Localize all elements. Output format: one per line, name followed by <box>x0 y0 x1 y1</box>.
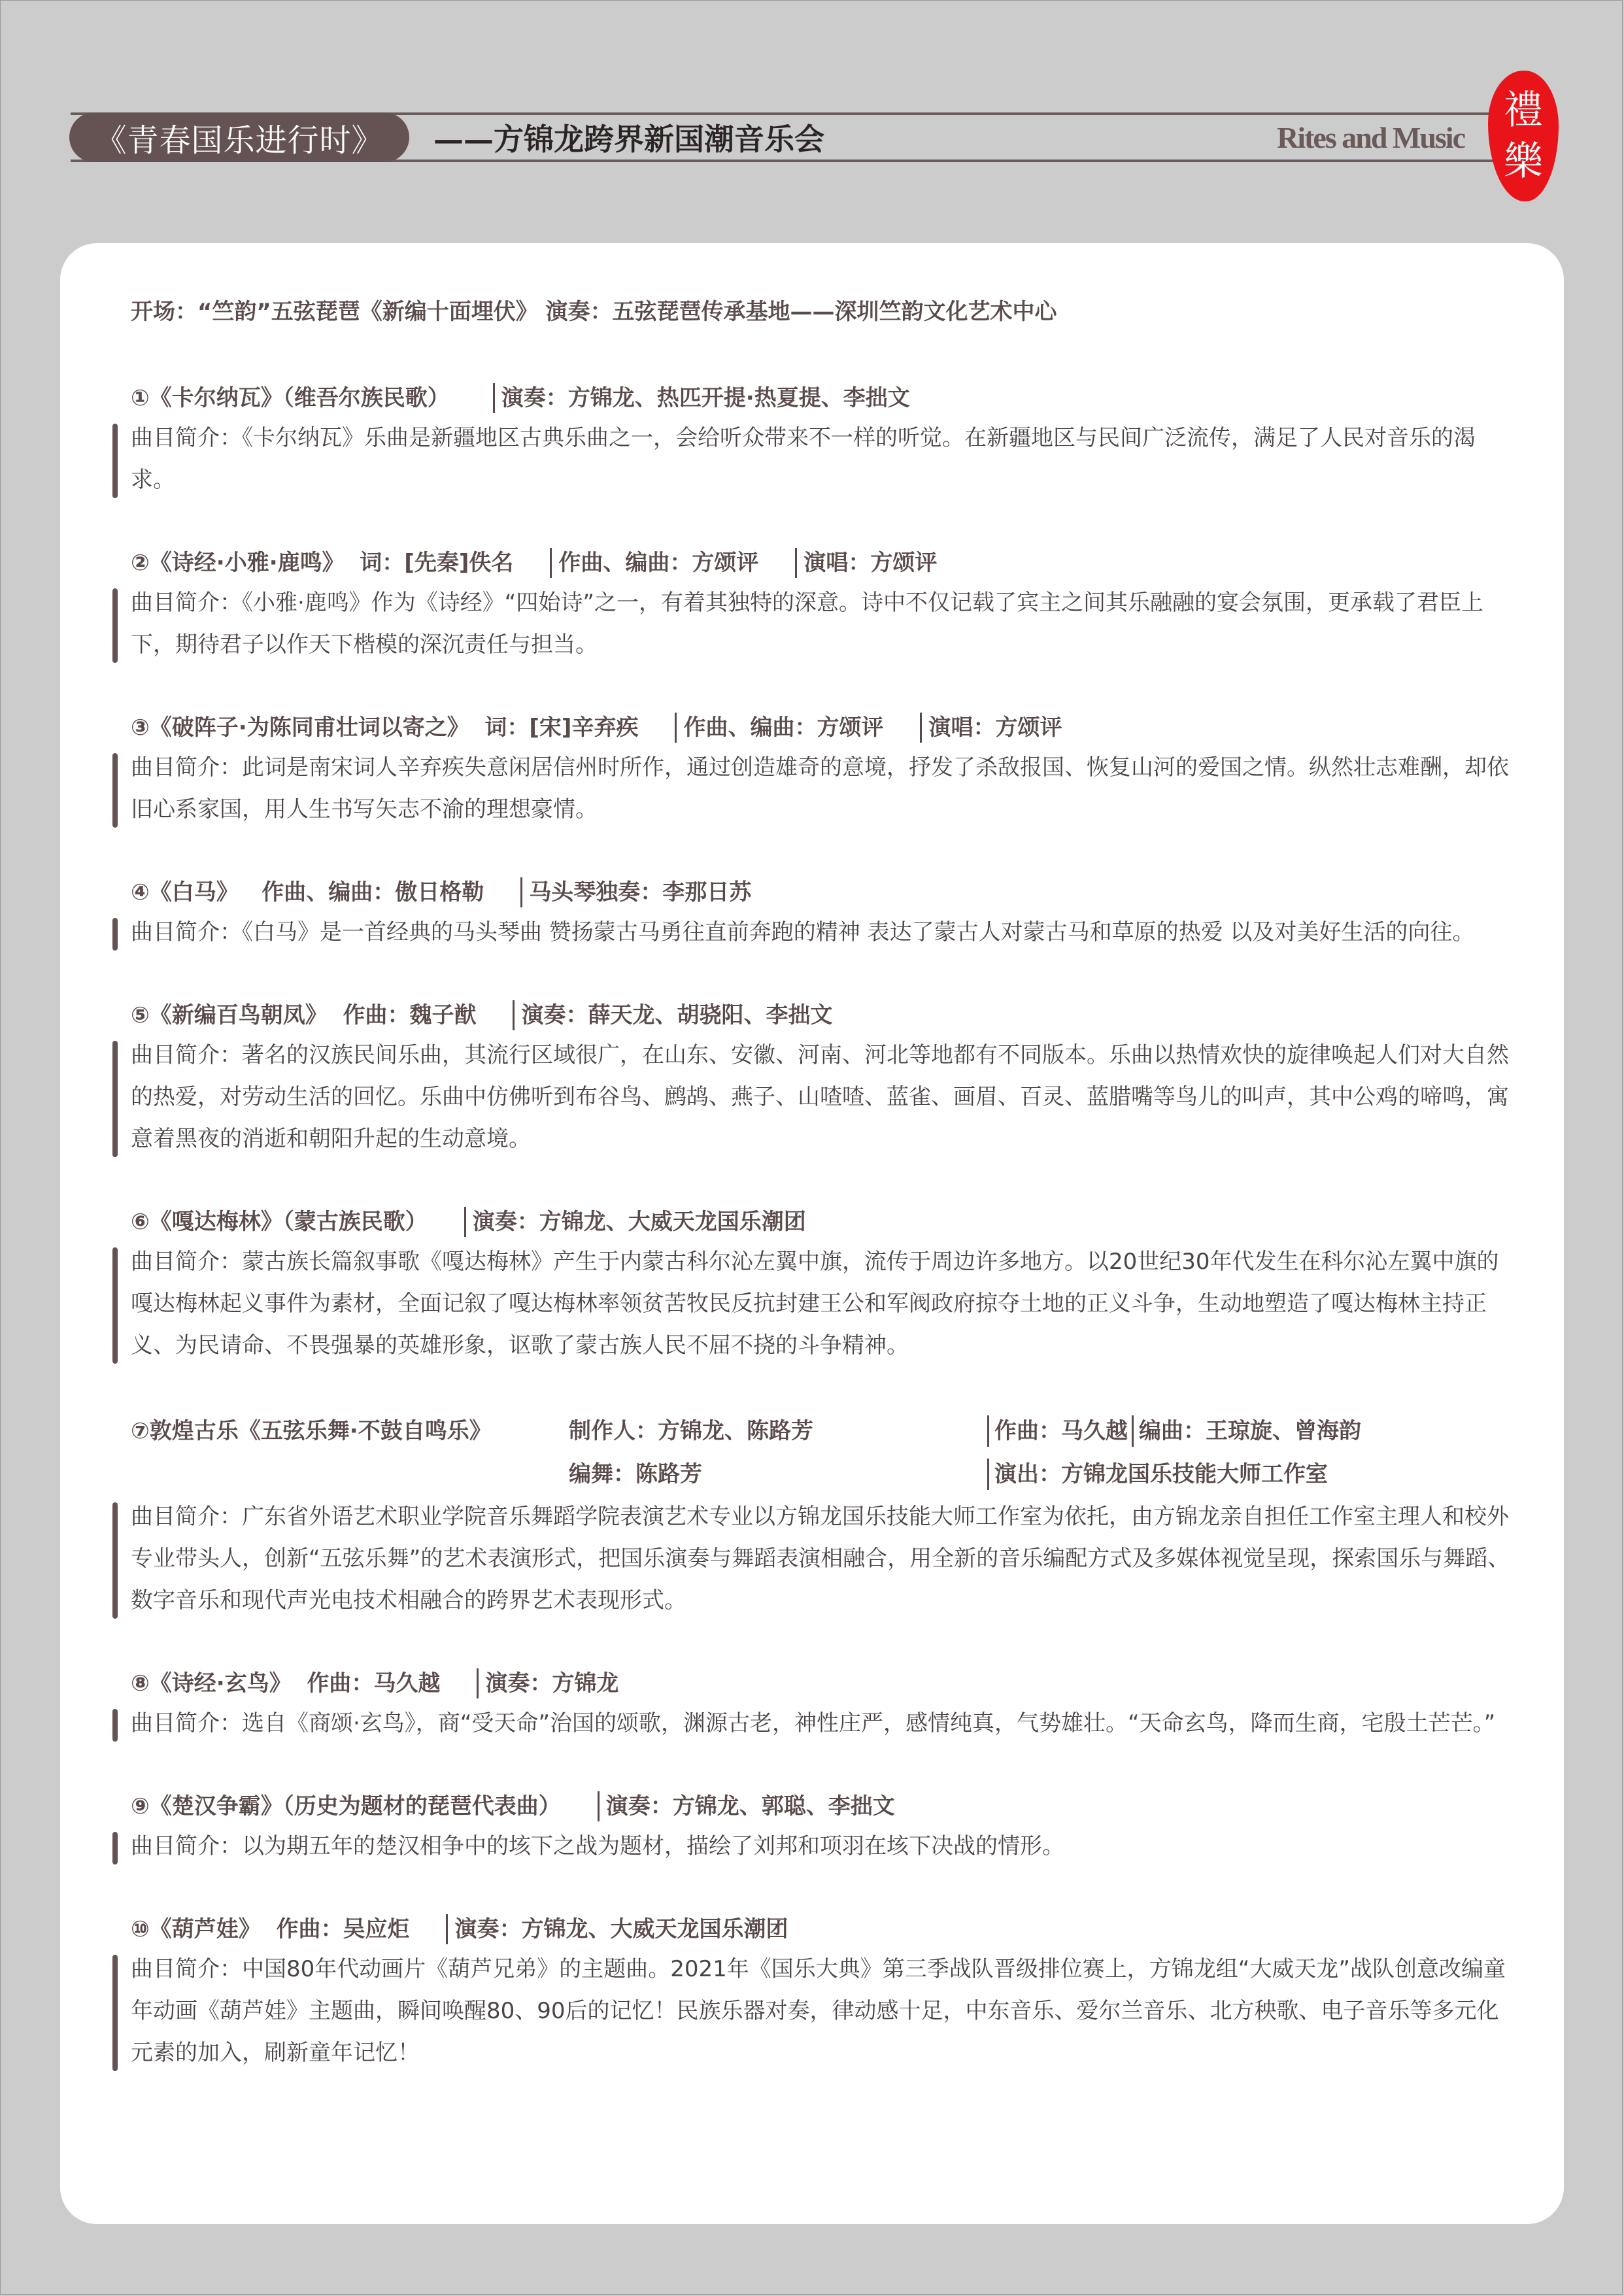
item-title: ⑩《葫芦娃》 作曲：吴应炬演奏：方锦龙、大威天龙国乐潮团 <box>131 1910 1517 1948</box>
description-text: 曲目简介：广东省外语艺术职业学院音乐舞蹈学院表演艺术专业以方锦龙国乐技能大师工作… <box>131 1496 1517 1621</box>
program-item-6: ⑥《嘎达梅林》（蒙古族民歌）演奏：方锦龙、大威天龙国乐潮团 曲目简介：蒙古族长篇… <box>131 1203 1517 1366</box>
item-description: 曲目简介：此词是南宋词人辛弃疾失意闲居信州时所作，通过创造雄奇的意境，抒发了杀敌… <box>131 747 1517 830</box>
rites-music-seal-icon: 禮 樂 <box>1488 71 1559 201</box>
divider <box>675 713 677 743</box>
description-text: 曲目简介：中国80年代动画片《葫芦兄弟》的主题曲。2021年《国乐大典》第三季战… <box>131 1948 1517 2074</box>
item-number: ⑤ <box>131 996 150 1034</box>
description-text: 曲目简介：著名的汉族民间乐曲，其流行区域很广，在山东、安徽、河南、河北等地都有不… <box>131 1034 1517 1160</box>
item-number: ② <box>131 544 150 582</box>
description-text: 曲目简介：选自《商颂·玄鸟》，商“受天命”治国的颂歌，渊源古老，神性庄严，感情纯… <box>131 1702 1517 1744</box>
header-english-label: Rites and Music <box>1277 112 1464 162</box>
item-arranger: 编曲：王琼旋、曾海韵 <box>1139 1410 1361 1453</box>
item-number: ⑥ <box>131 1203 150 1241</box>
divider <box>477 1668 479 1698</box>
item-title: ①《卡尔纳瓦》（维吾尔族民歌）演奏：方锦龙、热匹开提·热夏提、李拙文 <box>131 379 1517 417</box>
seal-char-2: 樂 <box>1504 136 1543 187</box>
description-text: 曲目简介：《卡尔纳瓦》乐曲是新疆地区古典乐曲之一，会给听众带来不一样的听觉。在新… <box>131 417 1517 501</box>
item-number: ⑦ <box>131 1410 150 1453</box>
item-title-main: 《楚汉争霸》（历史为题材的琵琶代表曲） <box>150 1787 561 1825</box>
empty-cell <box>131 1453 569 1496</box>
header-banner: 《青春国乐进行时》 ——方锦龙跨界新国潮音乐会 Rites and Music <box>71 112 1496 162</box>
item-title-main: 《卡尔纳瓦》（维吾尔族民歌） <box>150 379 450 417</box>
accent-bar <box>112 918 118 951</box>
item-performers: 演奏：方锦龙、大威天龙国乐潮团 <box>473 1203 806 1241</box>
item-title-main: 《新编百鸟朝凤》 作曲：魏子猷 <box>150 996 477 1034</box>
item-title-main: 《诗经·小雅·鹿鸣》 词：[先秦]佚名 <box>150 544 514 582</box>
program-item-7: ⑦敦煌古乐《五弦乐舞·不鼓自鸣乐》 制作人：方锦龙、陈路芳 作曲：马久越编曲：王… <box>131 1410 1517 1621</box>
item-performers: 演唱：方颂评 <box>928 709 1062 747</box>
description-text: 曲目简介：蒙古族长篇叙事歌《嘎达梅林》产生于内蒙古科尔沁左翼中旗，流传于周边许多… <box>131 1241 1517 1366</box>
program-item-4: ④《白马》 作曲、编曲：傲日格勒马头琴独奏：李那日苏 曲目简介：《白马》是一首经… <box>131 873 1517 953</box>
program-item-3: ③《破阵子·为陈同甫壮词以寄之》 词：[宋]辛弃疾作曲、编曲：方颂评演唱：方颂评… <box>131 709 1517 830</box>
item-performers: 演出：方锦龙国乐技能大师工作室 <box>994 1453 1328 1496</box>
item-choreographer: 编舞：陈路芳 <box>569 1453 987 1496</box>
item-composer: 作曲：马久越 <box>994 1410 1128 1453</box>
accent-bar <box>112 1832 118 1865</box>
item-title: ⑥《嘎达梅林》（蒙古族民歌）演奏：方锦龙、大威天龙国乐潮团 <box>131 1203 1517 1241</box>
divider <box>598 1791 600 1821</box>
item-number: ③ <box>131 709 150 747</box>
item-title-main: 《白马》 作曲、编曲：傲日格勒 <box>150 873 484 911</box>
program-list: 开场：“竺韵”五弦琵琶《新编十面埋伏》 演奏：五弦琵琶传承基地——深圳竺韵文化艺… <box>131 295 1517 2117</box>
item-title: ③《破阵子·为陈同甫壮词以寄之》 词：[宋]辛弃疾作曲、编曲：方颂评演唱：方颂评 <box>131 709 1517 747</box>
item-performers: 演奏：薛天龙、胡骁阳、李拙文 <box>521 996 832 1034</box>
concert-title-pill: 《青春国乐进行时》 <box>69 112 409 162</box>
item-title: ⑤《新编百鸟朝凤》 作曲：魏子猷演奏：薛天龙、胡骁阳、李拙文 <box>131 996 1517 1034</box>
program-item-5: ⑤《新编百鸟朝凤》 作曲：魏子猷演奏：薛天龙、胡骁阳、李拙文 曲目简介：著名的汉… <box>131 996 1517 1160</box>
item-title: ④《白马》 作曲、编曲：傲日格勒马头琴独奏：李那日苏 <box>131 873 1517 911</box>
item-number: ⑩ <box>131 1910 150 1948</box>
item-title-main: 《葫芦娃》 作曲：吴应炬 <box>150 1910 410 1948</box>
concert-title: 《青春国乐进行时》 <box>95 115 383 160</box>
concert-subtitle: ——方锦龙跨界新国潮音乐会 <box>433 112 824 162</box>
accent-bar <box>112 1502 118 1619</box>
seal-char-1: 禮 <box>1504 85 1543 136</box>
item-title: ⑨《楚汉争霸》（历史为题材的琵琶代表曲）演奏：方锦龙、郭聪、李拙文 <box>131 1787 1517 1825</box>
item-performers: 演奏：方锦龙、热匹开提·热夏提、李拙文 <box>501 379 910 417</box>
item-title: ②《诗经·小雅·鹿鸣》 词：[先秦]佚名作曲、编曲：方颂评演唱：方颂评 <box>131 544 1517 582</box>
opening-act: 开场：“竺韵”五弦琵琶《新编十面埋伏》 演奏：五弦琵琶传承基地——深圳竺韵文化艺… <box>131 295 1517 328</box>
accent-bar <box>112 588 118 663</box>
accent-bar <box>112 424 118 498</box>
divider <box>520 877 522 907</box>
divider <box>920 713 922 743</box>
accent-bar <box>112 1041 118 1157</box>
item-number: ⑨ <box>131 1787 150 1825</box>
divider <box>987 1459 989 1490</box>
item-performers: 演唱：方颂评 <box>804 544 937 582</box>
accent-bar <box>112 1247 118 1364</box>
description-text: 曲目简介：以为期五年的楚汉相争中的垓下之战为题材，描绘了刘邦和项羽在垓下决战的情… <box>131 1825 1517 1867</box>
item-description: 曲目简介：著名的汉族民间乐曲，其流行区域很广，在山东、安徽、河南、河北等地都有不… <box>131 1034 1517 1160</box>
item-title-cell: ⑦敦煌古乐《五弦乐舞·不鼓自鸣乐》 <box>131 1410 569 1453</box>
item-description: 曲目简介：《卡尔纳瓦》乐曲是新疆地区古典乐曲之一，会给听众带来不一样的听觉。在新… <box>131 417 1517 501</box>
divider <box>795 548 797 578</box>
accent-bar <box>112 1709 118 1742</box>
item-number: ① <box>131 379 150 417</box>
program-item-1: ①《卡尔纳瓦》（维吾尔族民歌）演奏：方锦龙、热匹开提·热夏提、李拙文 曲目简介：… <box>131 379 1517 501</box>
accent-bar <box>112 1955 118 2071</box>
divider <box>513 1000 515 1030</box>
item-credits: ⑦敦煌古乐《五弦乐舞·不鼓自鸣乐》 制作人：方锦龙、陈路芳 作曲：马久越编曲：王… <box>131 1410 1517 1496</box>
item-description: 曲目简介：广东省外语艺术职业学院音乐舞蹈学院表演艺术专业以方锦龙国乐技能大师工作… <box>131 1496 1517 1621</box>
item-performers: 演奏：方锦龙、郭聪、李拙文 <box>606 1787 895 1825</box>
item-title-main: 敦煌古乐《五弦乐舞·不鼓自鸣乐》 <box>150 1410 492 1453</box>
description-text: 曲目简介：《小雅·鹿鸣》作为《诗经》“四始诗”之一，有着其独特的深意。诗中不仅记… <box>131 582 1517 666</box>
item-description: 曲目简介：中国80年代动画片《葫芦兄弟》的主题曲。2021年《国乐大典》第三季战… <box>131 1948 1517 2074</box>
item-description: 曲目简介：《白马》是一首经典的马头琴曲 赞扬蒙古马勇往直前奔跑的精神 表达了蒙古… <box>131 911 1517 953</box>
item-title-main: 《嘎达梅林》（蒙古族民歌） <box>150 1203 428 1241</box>
accent-bar <box>112 753 118 828</box>
divider <box>493 383 495 413</box>
divider <box>464 1207 466 1237</box>
description-text: 曲目简介：《白马》是一首经典的马头琴曲 赞扬蒙古马勇往直前奔跑的精神 表达了蒙古… <box>131 911 1517 953</box>
item-description: 曲目简介：《小雅·鹿鸣》作为《诗经》“四始诗”之一，有着其独特的深意。诗中不仅记… <box>131 582 1517 666</box>
item-performers-cell: 演出：方锦龙国乐技能大师工作室 <box>987 1453 1517 1496</box>
item-description: 曲目简介：以为期五年的楚汉相争中的垓下之战为题材，描绘了刘邦和项羽在垓下决战的情… <box>131 1825 1517 1867</box>
item-producer: 制作人：方锦龙、陈路芳 <box>569 1410 987 1453</box>
divider <box>446 1914 448 1944</box>
item-composer: 作曲、编曲：方颂评 <box>558 544 758 582</box>
item-number: ④ <box>131 873 150 911</box>
divider <box>1132 1415 1134 1447</box>
item-performers: 演奏：方锦龙 <box>485 1664 618 1702</box>
item-number: ⑧ <box>131 1664 150 1702</box>
item-description: 曲目简介：选自《商颂·玄鸟》，商“受天命”治国的颂歌，渊源古老，神性庄严，感情纯… <box>131 1702 1517 1744</box>
item-composer: 作曲、编曲：方颂评 <box>683 709 883 747</box>
program-item-10: ⑩《葫芦娃》 作曲：吴应炬演奏：方锦龙、大威天龙国乐潮团 曲目简介：中国80年代… <box>131 1910 1517 2074</box>
item-performers: 马头琴独奏：李那日苏 <box>529 873 751 911</box>
program-item-2: ②《诗经·小雅·鹿鸣》 词：[先秦]佚名作曲、编曲：方颂评演唱：方颂评 曲目简介… <box>131 544 1517 666</box>
program-item-8: ⑧《诗经·玄鸟》 作曲：马久越演奏：方锦龙 曲目简介：选自《商颂·玄鸟》，商“受… <box>131 1664 1517 1744</box>
divider <box>987 1415 989 1447</box>
item-title-main: 《破阵子·为陈同甫壮词以寄之》 词：[宋]辛弃疾 <box>150 709 639 747</box>
divider <box>550 548 552 578</box>
item-description: 曲目简介：蒙古族长篇叙事歌《嘎达梅林》产生于内蒙古科尔沁左翼中旗，流传于周边许多… <box>131 1241 1517 1366</box>
item-composer-arranger: 作曲：马久越编曲：王琼旋、曾海韵 <box>987 1410 1517 1453</box>
program-item-9: ⑨《楚汉争霸》（历史为题材的琵琶代表曲）演奏：方锦龙、郭聪、李拙文 曲目简介：以… <box>131 1787 1517 1867</box>
item-title-main: 《诗经·玄鸟》 作曲：马久越 <box>150 1664 441 1702</box>
description-text: 曲目简介：此词是南宋词人辛弃疾失意闲居信州时所作，通过创造雄奇的意境，抒发了杀敌… <box>131 747 1517 830</box>
item-performers: 演奏：方锦龙、大威天龙国乐潮团 <box>454 1910 788 1948</box>
item-title: ⑧《诗经·玄鸟》 作曲：马久越演奏：方锦龙 <box>131 1664 1517 1702</box>
